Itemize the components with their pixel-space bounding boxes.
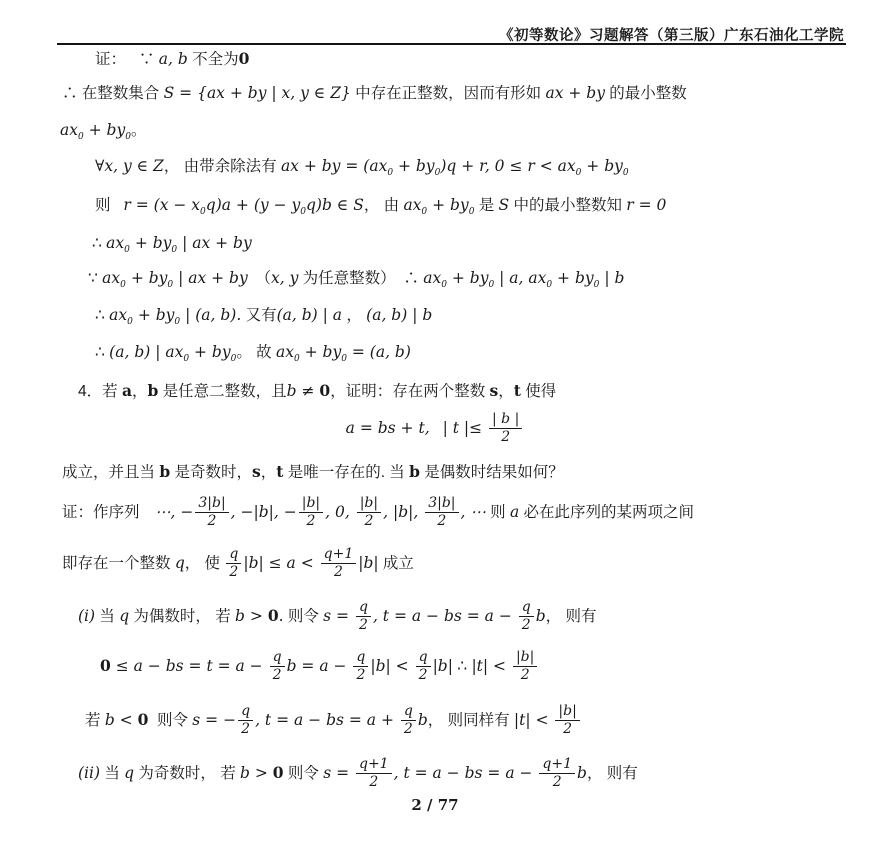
text-token: 是 <box>474 197 498 214</box>
math-token: , |b|, <box>383 503 423 521</box>
text-token: 即存在一个整数 <box>62 555 175 572</box>
math-token: (i) <box>78 607 95 625</box>
math-token: |b| ≤ a < <box>243 554 318 572</box>
text-token: 不全为 <box>188 51 239 68</box>
math-token: |b| <box>433 657 453 675</box>
fraction: q2 <box>356 600 371 634</box>
math-token: 0 <box>623 168 629 178</box>
text-token: ∴ <box>95 307 109 324</box>
math-token: s = <box>323 607 354 625</box>
math-token: s <box>490 381 499 400</box>
math-token: = (a, b) <box>347 343 411 361</box>
fraction: q2 <box>519 600 534 634</box>
case-i-negative-b-line: 若 b < 0 则令 s = −q2, t = a − bs = a + q2b… <box>85 704 582 738</box>
text-token: 为偶数时， 若 <box>129 608 235 625</box>
text-token: 则 <box>95 197 123 214</box>
math-token: | ax + by <box>173 269 248 287</box>
fraction: q2 <box>416 650 431 684</box>
text-token: 是任意二整数，且 <box>158 383 286 400</box>
fraction: q2 <box>401 704 416 738</box>
math-token: 0 <box>138 710 149 729</box>
min-element-line: ax0 + by0。 <box>60 121 147 143</box>
text-token: 中存在正整数，因而有形如 <box>351 85 546 102</box>
math-token: + by <box>552 269 594 287</box>
math-token: x, y <box>271 269 298 287</box>
math-token: | b <box>599 269 624 287</box>
math-token: + by <box>130 234 172 252</box>
text-token: 是偶数时结果如何？ <box>420 464 564 481</box>
text-token: ， <box>261 464 277 481</box>
text-token: 。 故 <box>236 344 276 361</box>
text-token: 。 <box>131 122 147 139</box>
fraction: q+12 <box>321 547 357 581</box>
text-token: 的最小整数 <box>605 85 687 102</box>
math-token: ≤ a − bs = t = a − <box>111 657 268 675</box>
math-token: r = 0 <box>626 196 666 214</box>
math-token: , t = a − bs = a − <box>394 764 538 782</box>
math-token: b <box>577 764 587 782</box>
math-token: S = {ax + by | x, y ∈ Z} <box>164 84 351 102</box>
math-token: + by <box>126 269 168 287</box>
math-token: 0 <box>100 656 111 675</box>
fraction: |b|2 <box>513 650 537 684</box>
math-token: q <box>124 764 134 782</box>
text-token: ， 由带余除法有 <box>164 158 281 175</box>
math-token: b < <box>105 711 138 729</box>
fraction: q+12 <box>356 757 392 791</box>
math-token: b = a − <box>287 657 352 675</box>
math-token: ax <box>109 306 127 324</box>
text-token: 若 <box>85 712 105 729</box>
text-token: 当 <box>100 765 124 782</box>
math-token: ax + by <box>545 84 605 102</box>
fraction: 3|b|2 <box>195 496 228 530</box>
problem-4-statement: 4．若 a，b 是任意二整数，且b ≠ 0，证明：存在两个整数 s，t 使得 <box>78 381 556 401</box>
sequence-line: 证：作序列 ⋯, −3|b|2, −|b|, −|b|2, 0, |b|2, |… <box>62 496 694 530</box>
math-token: 0 <box>273 763 284 782</box>
text-token: ∴ <box>453 658 471 675</box>
page-number: 2 / 77 <box>0 796 870 814</box>
math-token: ax <box>60 121 78 139</box>
text-token: 为奇数时， 若 <box>134 765 240 782</box>
text-token: ∴ 在整数集合 <box>62 85 164 102</box>
text-token: 则令 <box>148 712 192 729</box>
math-token: r = (x − x <box>123 196 200 214</box>
text-token: 证： ∵ <box>95 51 159 68</box>
page-header-title: 《初等数论》习题解答（第三版）广东石油化工学院 <box>499 24 844 45</box>
text-token: 4．若 <box>78 383 122 400</box>
math-token: 0 <box>239 49 250 68</box>
math-token: 0 <box>319 381 330 400</box>
math-token: |b| < <box>370 657 413 675</box>
math-token: + by <box>393 157 435 175</box>
case-i-line: (i) 当 q 为偶数时， 若 b > 0. 则令 s = q2, t = a … <box>78 600 596 634</box>
math-token: ∀x, y ∈ Z <box>95 157 164 175</box>
text-token: ， 则有 <box>546 608 597 625</box>
set-definition-line: ∴ 在整数集合 S = {ax + by | x, y ∈ Z} 中存在正整数，… <box>62 84 687 103</box>
text-token: ， <box>498 383 514 400</box>
math-token: a, b <box>159 50 188 68</box>
math-token: |t| < <box>471 657 511 675</box>
proof-intro-line: 证： ∵ a, b 不全为0 <box>95 49 249 69</box>
math-token: , t = a − bs = a + <box>255 711 399 729</box>
math-token: b <box>148 381 159 400</box>
text-token: 为任意整数） ∴ <box>298 270 423 287</box>
math-token: | t |≤ <box>443 419 487 437</box>
text-token: ， 则同样有 <box>428 712 514 729</box>
math-token: (ii) <box>78 764 100 782</box>
case-ii-line: (ii) 当 q 为奇数时， 若 b > 0 则令 s = q+12, t = … <box>78 757 638 791</box>
math-token: (a, b) | ax <box>109 343 183 361</box>
text-token: 成立 <box>379 555 414 572</box>
math-token: , ⋯ <box>461 503 486 521</box>
math-token: ax <box>106 234 124 252</box>
fraction: q+12 <box>539 757 575 791</box>
math-token: + by <box>189 343 231 361</box>
math-token: | (a, b). <box>180 306 241 324</box>
math-token: , t = a − bs = a − <box>373 607 517 625</box>
fraction: q2 <box>238 704 253 738</box>
math-token: s = − <box>192 711 236 729</box>
math-token: | ax + by <box>177 234 252 252</box>
math-token: )q + r, 0 ≤ r < ax <box>440 157 575 175</box>
remainder-line: 则 r = (x − x0q)a + (y − y0q)b ∈ S， 由 ax0… <box>95 196 666 218</box>
math-token: b <box>536 607 546 625</box>
text-token: ，证明：存在两个整数 <box>330 383 489 400</box>
text-token: （ <box>248 270 271 287</box>
math-token: b ≠ <box>287 382 320 400</box>
math-token: S <box>499 196 510 214</box>
division-algorithm-line: ∀x, y ∈ Z， 由带余除法有 ax + by = (ax0 + by0)q… <box>95 157 629 179</box>
math-token: | a, ax <box>494 269 546 287</box>
text-token: ， 由 <box>364 197 404 214</box>
gcd-divides-line: ∴ ax0 + by0 | (a, b). 又有(a, b) | a ， (a,… <box>95 306 432 328</box>
math-token: + by <box>581 157 623 175</box>
math-token: , 0, <box>325 503 355 521</box>
text-token: ， <box>342 307 366 324</box>
fraction: q2 <box>270 650 285 684</box>
math-token: b > <box>240 764 273 782</box>
math-token: (a, b) | a <box>277 306 342 324</box>
math-token: + by <box>300 343 342 361</box>
math-token: s = <box>323 764 354 782</box>
math-token: a <box>510 503 519 521</box>
text-token <box>430 420 443 437</box>
math-token: q)b ∈ S <box>306 196 364 214</box>
text-token: ∴ <box>92 235 106 252</box>
text-token: 则令 <box>284 765 324 782</box>
fraction: q2 <box>226 547 241 581</box>
text-token: ， <box>132 383 148 400</box>
math-token: + by <box>447 269 489 287</box>
fraction: |b|2 <box>357 496 381 530</box>
math-token: b <box>409 462 420 481</box>
math-token: 0 <box>268 606 279 625</box>
text-token: 使得 <box>521 383 556 400</box>
math-token: (a, b) | b <box>366 306 432 324</box>
text-token: 则 <box>486 504 510 521</box>
math-token: q)a + (y − y <box>206 196 300 214</box>
math-token: b <box>418 711 428 729</box>
math-token: + by <box>84 121 126 139</box>
math-token: q <box>175 554 185 572</box>
divides-line-2: ∵ ax0 + by0 | ax + by （x, y 为任意整数） ∴ ax0… <box>88 269 624 291</box>
fraction: q2 <box>353 650 368 684</box>
math-token: ax <box>102 269 120 287</box>
math-token: b <box>159 462 170 481</box>
header-divider <box>57 43 846 45</box>
math-token: , −|b|, − <box>231 503 297 521</box>
math-token: ax <box>276 343 294 361</box>
math-token: ax <box>423 269 441 287</box>
text-token: 是唯一存在的. 当 <box>283 464 409 481</box>
math-token: b > <box>235 607 268 625</box>
fraction: | b |2 <box>489 412 522 446</box>
math-token: ax <box>403 196 421 214</box>
fraction: 3|b|2 <box>425 496 458 530</box>
text-token: 又有 <box>241 307 276 324</box>
text-token: ， 则有 <box>587 765 638 782</box>
math-token: + by <box>133 306 175 324</box>
text-token: ， 使 <box>185 555 225 572</box>
fraction: |b|2 <box>555 704 579 738</box>
text-token: 当 <box>95 608 119 625</box>
math-token: a <box>122 381 132 400</box>
math-token: q <box>119 607 129 625</box>
document-page: 《初等数论》习题解答（第三版）广东石油化工学院 证： ∵ a, b 不全为0∴ … <box>0 0 870 842</box>
exists-q-line: 即存在一个整数 q， 使 q2|b| ≤ a < q+12|b| 成立 <box>62 547 414 581</box>
math-token: ⋯, − <box>155 503 193 521</box>
text-token: ∵ <box>88 270 102 287</box>
text-token: 中的最小整数知 <box>509 197 626 214</box>
text-token: 证：作序列 <box>62 504 155 521</box>
text-token: ∴ <box>95 344 109 361</box>
fraction: |b|2 <box>299 496 323 530</box>
displayed-equation: a = bs + t, | t |≤ | b |2 <box>0 412 870 446</box>
math-token: a = bs + t, <box>346 419 430 437</box>
uniqueness-question-line: 成立，并且当 b 是奇数时，s，t 是唯一存在的. 当 b 是偶数时结果如何？ <box>62 462 564 482</box>
case-i-inequality-line: 0 ≤ a − bs = t = a − q2b = a − q2|b| < q… <box>100 650 539 684</box>
math-token: |b| <box>358 554 378 572</box>
math-token: s <box>252 462 261 481</box>
text-token: 成立，并且当 <box>62 464 159 481</box>
text-token: 则令 <box>284 608 324 625</box>
conclusion-line: ∴ (a, b) | ax0 + by0。 故 ax0 + by0 = (a, … <box>95 343 411 365</box>
math-token: + by <box>427 196 469 214</box>
text-token: 是奇数时， <box>170 464 252 481</box>
math-token: |t| < <box>514 711 554 729</box>
divides-line-1: ∴ ax0 + by0 | ax + by <box>92 234 252 256</box>
text-token: 必在此序列的某两项之间 <box>519 504 694 521</box>
math-token: ax + by = (ax <box>281 157 387 175</box>
math-token: t <box>514 381 521 400</box>
